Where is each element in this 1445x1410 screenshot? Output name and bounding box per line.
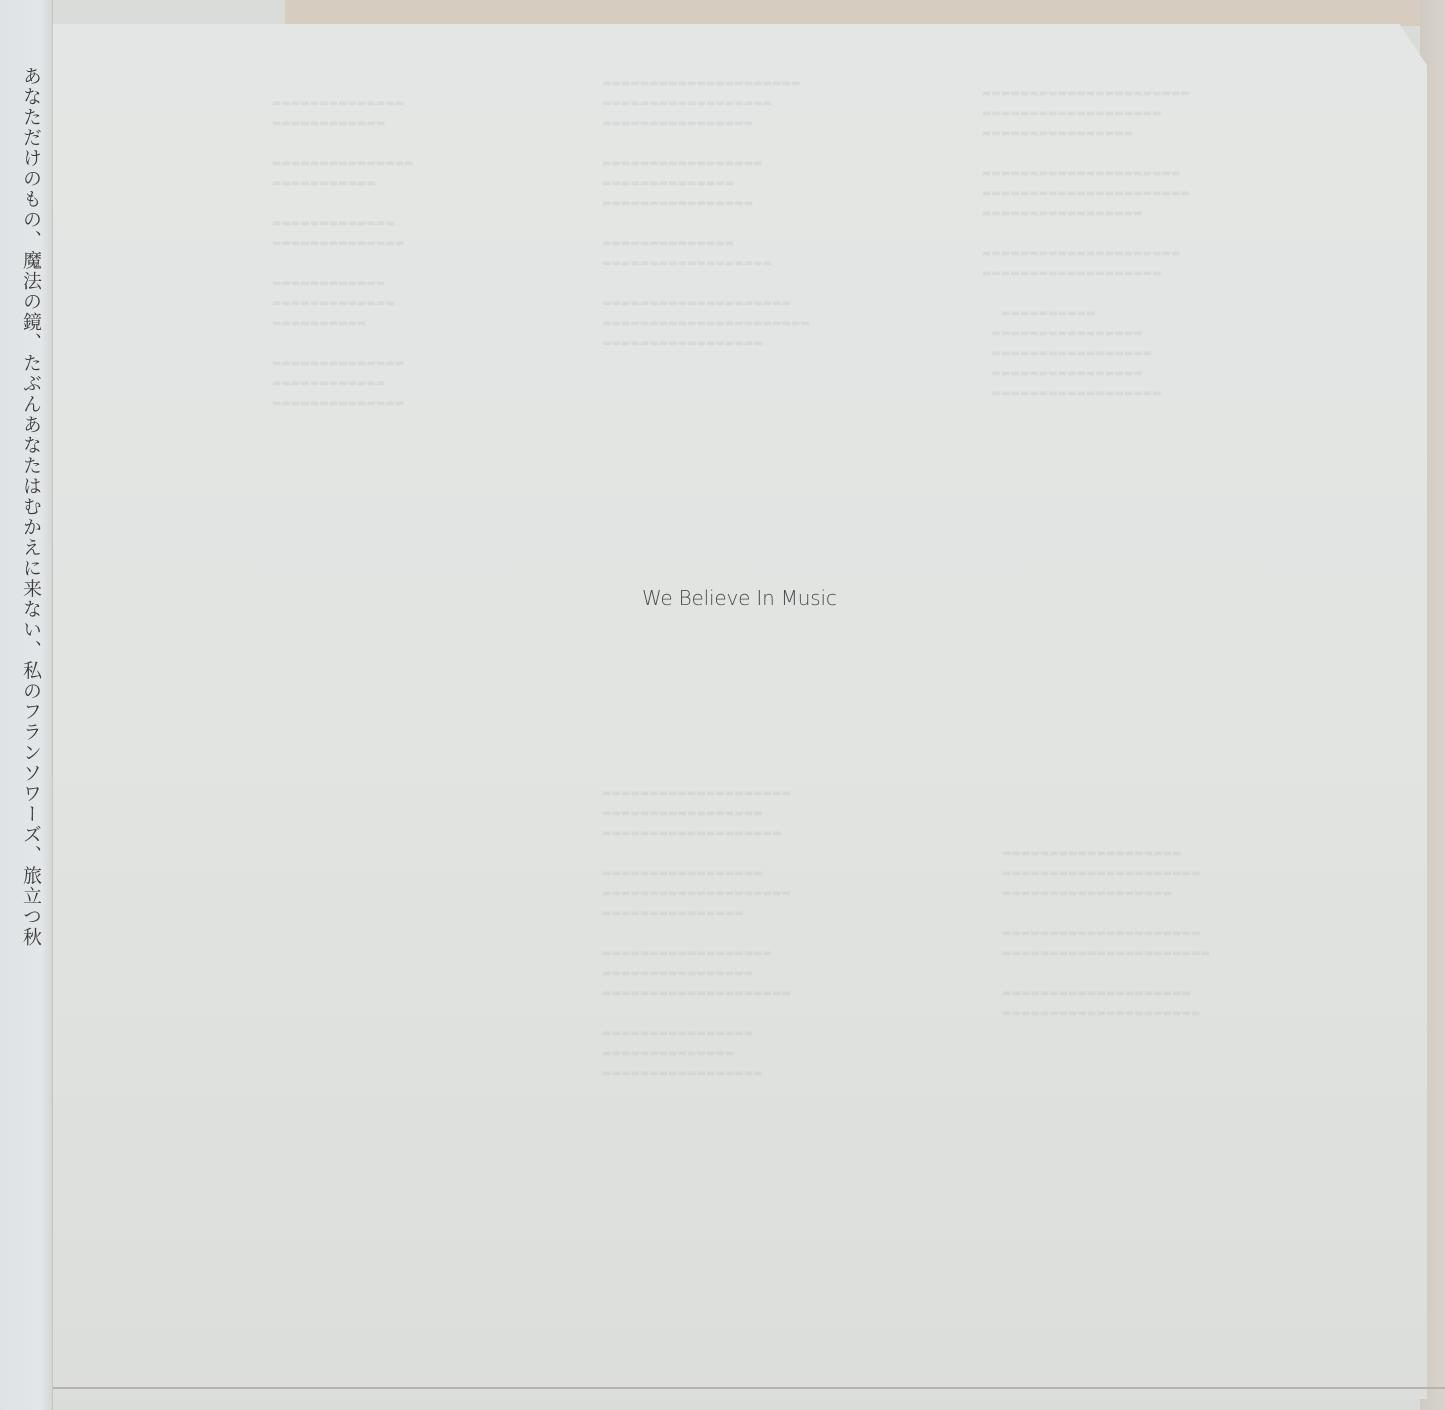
show-through-text-left: ▬▬▬▬▬▬▬▬▬▬▬▬▬▬ ▬▬▬▬▬▬▬▬▬▬▬▬ ▬▬▬▬▬▬▬▬▬▬▬▬… [272, 94, 414, 414]
lyric-insert-sheet: ▬▬▬▬▬▬▬▬▬▬▬▬▬▬ ▬▬▬▬▬▬▬▬▬▬▬▬ ▬▬▬▬▬▬▬▬▬▬▬▬… [36, 24, 1427, 1399]
show-through-text-lower-right: ▬▬▬▬▬▬▬▬▬▬▬▬▬▬▬▬▬▬▬ ▬▬▬▬▬▬▬▬▬▬▬▬▬▬▬▬▬▬▬▬… [1002, 844, 1210, 1024]
tagline: We Believe In Music [642, 586, 837, 610]
show-through-text-center: ▬▬▬▬▬▬▬▬▬▬▬▬▬▬▬▬▬▬▬▬▬ ▬▬▬▬▬▬▬▬▬▬▬▬▬▬▬▬▬▬… [602, 74, 810, 354]
backdrop-top [285, 0, 1445, 26]
insert-bottom-edge [36, 1387, 1445, 1389]
show-through-text-lower: ▬▬▬▬▬▬▬▬▬▬▬▬▬▬▬▬▬▬▬▬ ▬▬▬▬▬▬▬▬▬▬▬▬▬▬▬▬▬ ▬… [602, 784, 791, 1084]
obi-song-titles: あなただけのもの、魔法の鏡、たぶんあなたはむかえに来ない、私のフランソワーズ、旅… [20, 66, 42, 948]
show-through-text-right: ▬▬▬▬▬▬▬▬▬▬▬▬▬▬▬▬▬▬▬▬▬▬ ▬▬▬▬▬▬▬▬▬▬▬▬▬▬▬▬▬… [982, 84, 1190, 404]
